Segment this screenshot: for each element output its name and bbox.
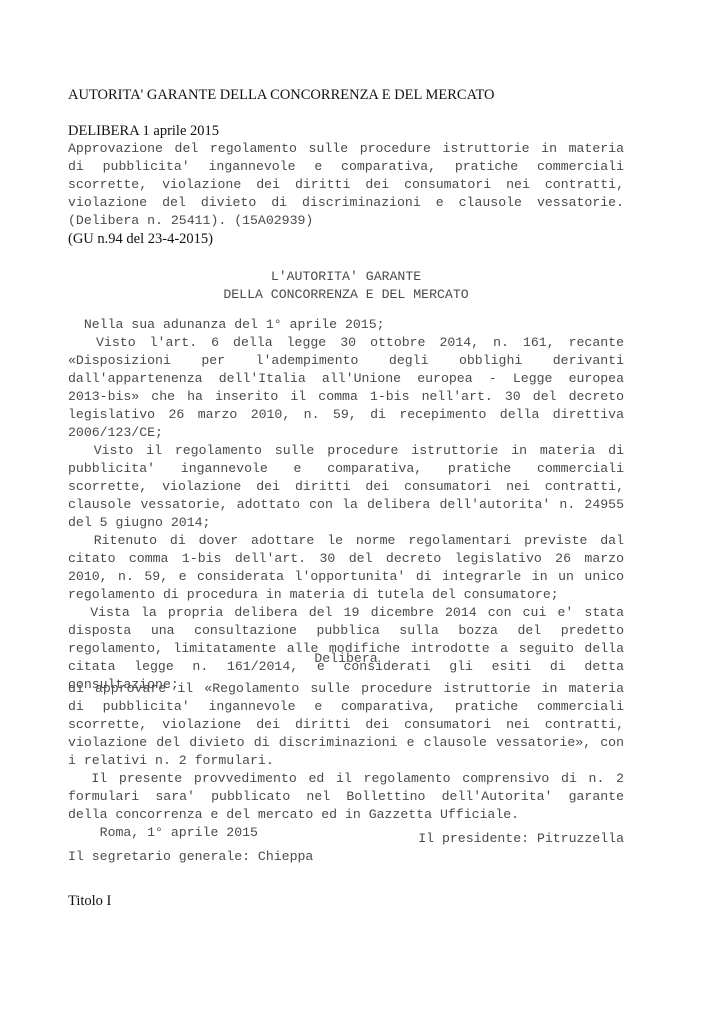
subject-line: di pubblicita' ingannevole e comparativa… <box>68 158 624 176</box>
decision-line: della concorrenza e del mercato ed in Ga… <box>68 806 624 824</box>
section-title: Titolo I <box>68 892 111 910</box>
president-signature: Il presidente: Pitruzzella <box>68 830 624 848</box>
preamble-line: 2010, n. 59, e considerata l'opportunita… <box>68 568 624 586</box>
preamble-line: regolamento di procedura in materia di t… <box>68 586 624 604</box>
document-page: AUTORITA' GARANTE DELLA CONCORRENZA E DE… <box>0 0 725 1024</box>
preamble-line: 2013-bis» che ha inserito il comma 1-bis… <box>68 388 624 406</box>
delibera-date: DELIBERA 1 aprile 2015 <box>68 122 219 140</box>
decision-line: i relativi n. 2 formulari. <box>68 752 624 770</box>
subject-line: violazione del divieto di discriminazion… <box>68 194 624 212</box>
preamble-line: legislativo 26 marzo 2010, n. 59, di rec… <box>68 406 624 424</box>
decision-line: scorrette, violazione dei diritti dei co… <box>68 716 624 734</box>
gu-reference: (GU n.94 del 23-4-2015) <box>68 230 213 248</box>
decision-line: di approvare il «Regolamento sulle proce… <box>68 680 624 698</box>
preamble-line: pubblicita' ingannevole e comparativa, p… <box>68 460 624 478</box>
preamble-line: dall'appartenenza dell'Italia all'Unione… <box>68 370 624 388</box>
preamble-line: scorrette, violazione dei diritti dei co… <box>68 478 624 496</box>
preamble-line: citato comma 1-bis dell'art. 30 del decr… <box>68 550 624 568</box>
decision-line: violazione del divieto di discriminazion… <box>68 734 624 752</box>
delibera-heading-block: Delibera <box>68 650 624 668</box>
subject-line: Approvazione del regolamento sulle proce… <box>68 140 624 158</box>
preamble-line: Visto il regolamento sulle procedure ist… <box>68 442 624 460</box>
title-block: L'AUTORITA' GARANTE DELLA CONCORRENZA E … <box>68 268 624 304</box>
decision-line: formulari sara' pubblicato nel Bollettin… <box>68 788 624 806</box>
preamble-line: Nella sua adunanza del 1° aprile 2015; <box>68 316 624 334</box>
subject-line: scorrette, violazione dei diritti dei co… <box>68 176 624 194</box>
secretary-signature: Il segretario generale: Chieppa <box>68 848 624 866</box>
decision-block: di approvare il «Regolamento sulle proce… <box>68 680 624 842</box>
authority-heading: AUTORITA' GARANTE DELLA CONCORRENZA E DE… <box>68 86 495 104</box>
preamble-line: Ritenuto di dover adottare le norme rego… <box>68 532 624 550</box>
preamble-line: Vista la propria delibera del 19 dicembr… <box>68 604 624 622</box>
preamble-line: clausole vessatorie, adottato con la del… <box>68 496 624 514</box>
signatures-block: Il presidente: Pitruzzella Il segretario… <box>68 830 624 866</box>
title-line: L'AUTORITA' GARANTE <box>68 268 624 286</box>
preamble-line: Visto l'art. 6 della legge 30 ottobre 20… <box>68 334 624 352</box>
delibera-heading: Delibera <box>68 650 624 668</box>
preamble-line: disposta una consultazione pubblica sull… <box>68 622 624 640</box>
preamble-block: Nella sua adunanza del 1° aprile 2015; V… <box>68 316 624 694</box>
decision-line: di pubblicita' ingannevole e comparativa… <box>68 698 624 716</box>
decision-line: Il presente provvedimento ed il regolame… <box>68 770 624 788</box>
preamble-line: «Disposizioni per l'adempimento degli ob… <box>68 352 624 370</box>
preamble-line: del 5 giugno 2014; <box>68 514 624 532</box>
subject-line: (Delibera n. 25411). (15A02939) <box>68 212 624 230</box>
subject-block: Approvazione del regolamento sulle proce… <box>68 140 624 230</box>
preamble-line: 2006/123/CE; <box>68 424 624 442</box>
title-line: DELLA CONCORRENZA E DEL MERCATO <box>68 286 624 304</box>
